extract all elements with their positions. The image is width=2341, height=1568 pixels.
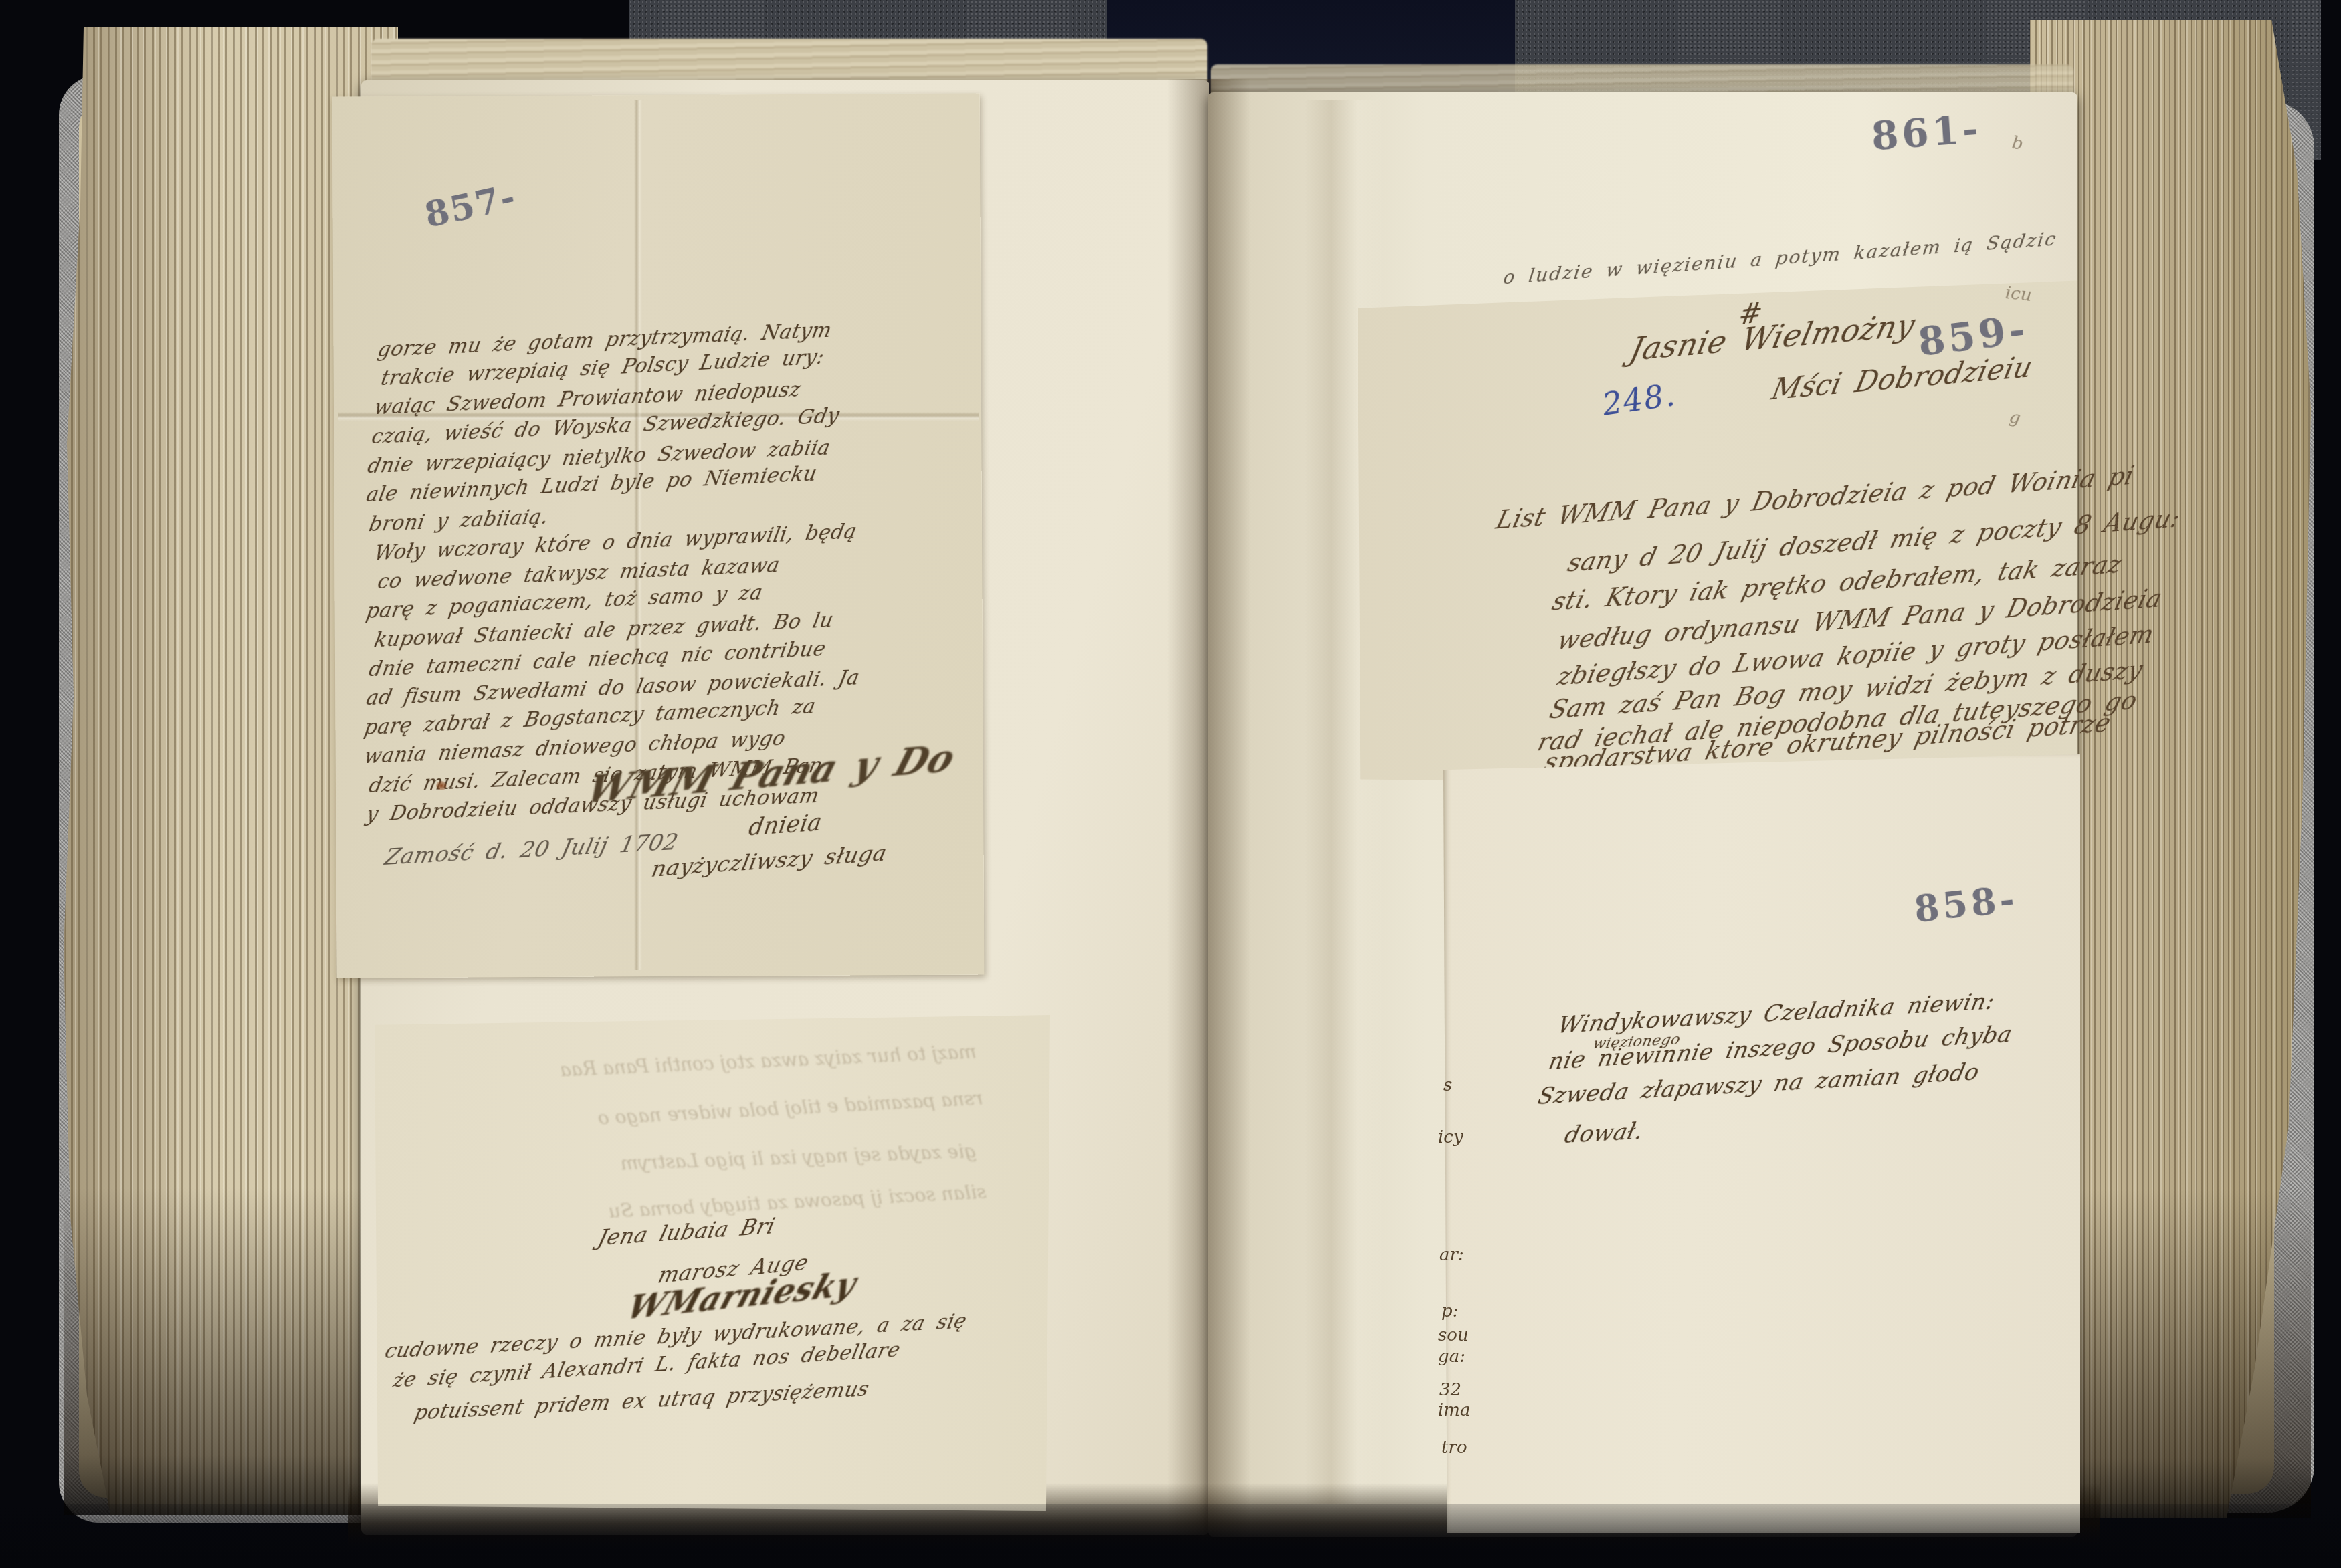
pasted-sheet-858 [1443,754,2080,1533]
margin-fragment: ar: [1439,1245,1464,1265]
bottom-vignette [0,1504,2341,1568]
margin-fragment: sou [1438,1325,1469,1345]
gutter-shadow [1167,79,1251,1537]
rust-stain [436,781,447,790]
photo-archival-book-spread: 857- gorze mu że gotam przytrzymaią. Nat… [0,0,2341,1568]
letter-857-signature-line2: dnieia [746,809,824,841]
page-number-861: 861- [1870,106,1983,159]
margin-fragment: tro [1441,1438,1467,1458]
margin-fragment: ga: [1438,1347,1465,1367]
fore-edge-fragment: icu [2005,283,2033,306]
margin-fragment: s [1443,1075,1452,1095]
note-858-line: dował. [1562,1118,1646,1149]
margin-fragment: icy [1438,1127,1463,1147]
margin-fragment: ima [1438,1400,1470,1420]
margin-fragment: 32 [1439,1380,1461,1400]
margin-fragment: p: [1441,1301,1458,1321]
